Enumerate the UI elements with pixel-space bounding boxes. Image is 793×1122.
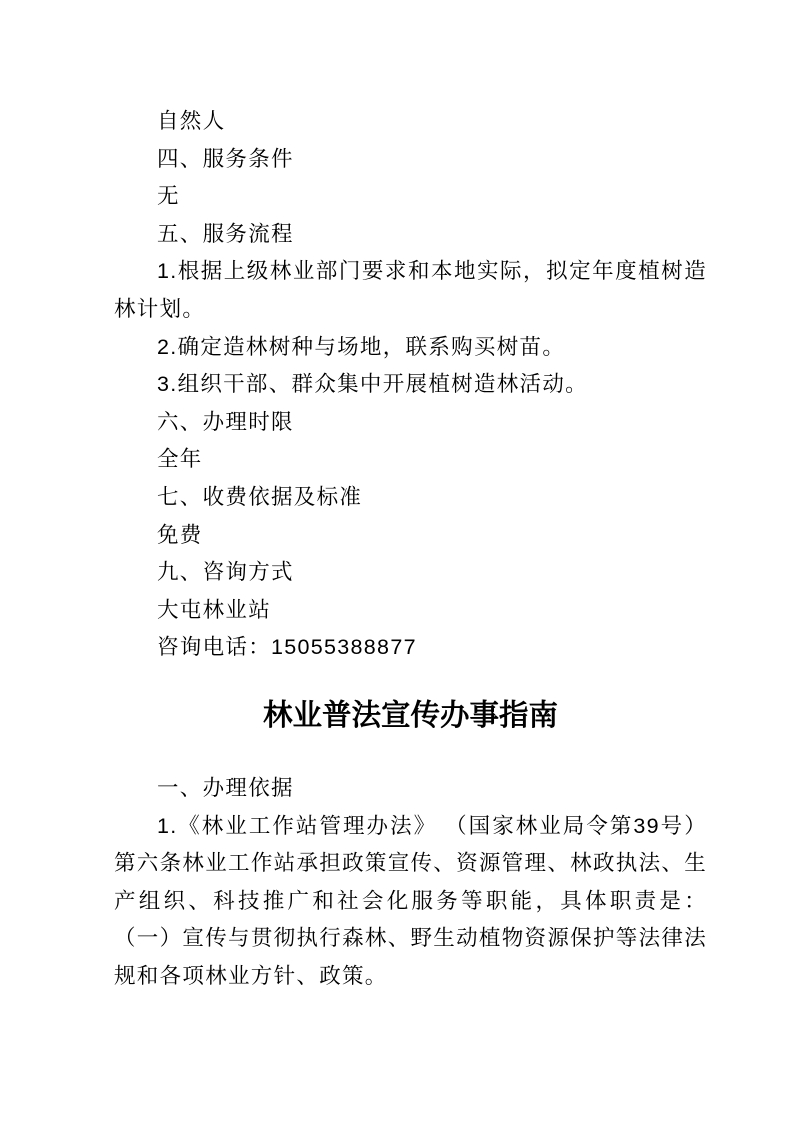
heading-fee-basis: 七、收费依据及标准 bbox=[114, 479, 707, 517]
para-consultation-phone: 咨询电话：15055388877 bbox=[114, 629, 707, 667]
heading-service-conditions: 四、服务条件 bbox=[114, 141, 707, 179]
heading-service-process: 五、服务流程 bbox=[114, 216, 707, 254]
para-processing-time-value: 全年 bbox=[114, 441, 707, 479]
heading-consultation-method: 九、咨询方式 bbox=[114, 554, 707, 592]
document-page: 自然人 四、服务条件 无 五、服务流程 1.根据上级林业部门要求和本地实际，拟定… bbox=[0, 0, 793, 1122]
para-process-step-2: 2.确定造林树种与场地，联系购买树苗。 bbox=[114, 329, 707, 367]
para-process-step-3: 3.组织干部、群众集中开展植树造林活动。 bbox=[114, 366, 707, 404]
guide-title: 林业普法宣传办事指南 bbox=[114, 688, 707, 744]
heading-legal-basis: 一、办理依据 bbox=[114, 770, 707, 808]
para-service-conditions-value: 无 bbox=[114, 178, 707, 216]
para-consultation-org: 大屯林业站 bbox=[114, 592, 707, 630]
para-service-target-value: 自然人 bbox=[114, 103, 707, 141]
para-process-step-1: 1.根据上级林业部门要求和本地实际，拟定年度植树造林计划。 bbox=[114, 253, 707, 328]
para-fee-value: 免费 bbox=[114, 517, 707, 555]
para-legal-basis-1: 1.《林业工作站管理办法》 （国家林业局令第39号）第六条林业工作站承担政策宣传… bbox=[114, 808, 707, 996]
heading-processing-time: 六、办理时限 bbox=[114, 404, 707, 442]
